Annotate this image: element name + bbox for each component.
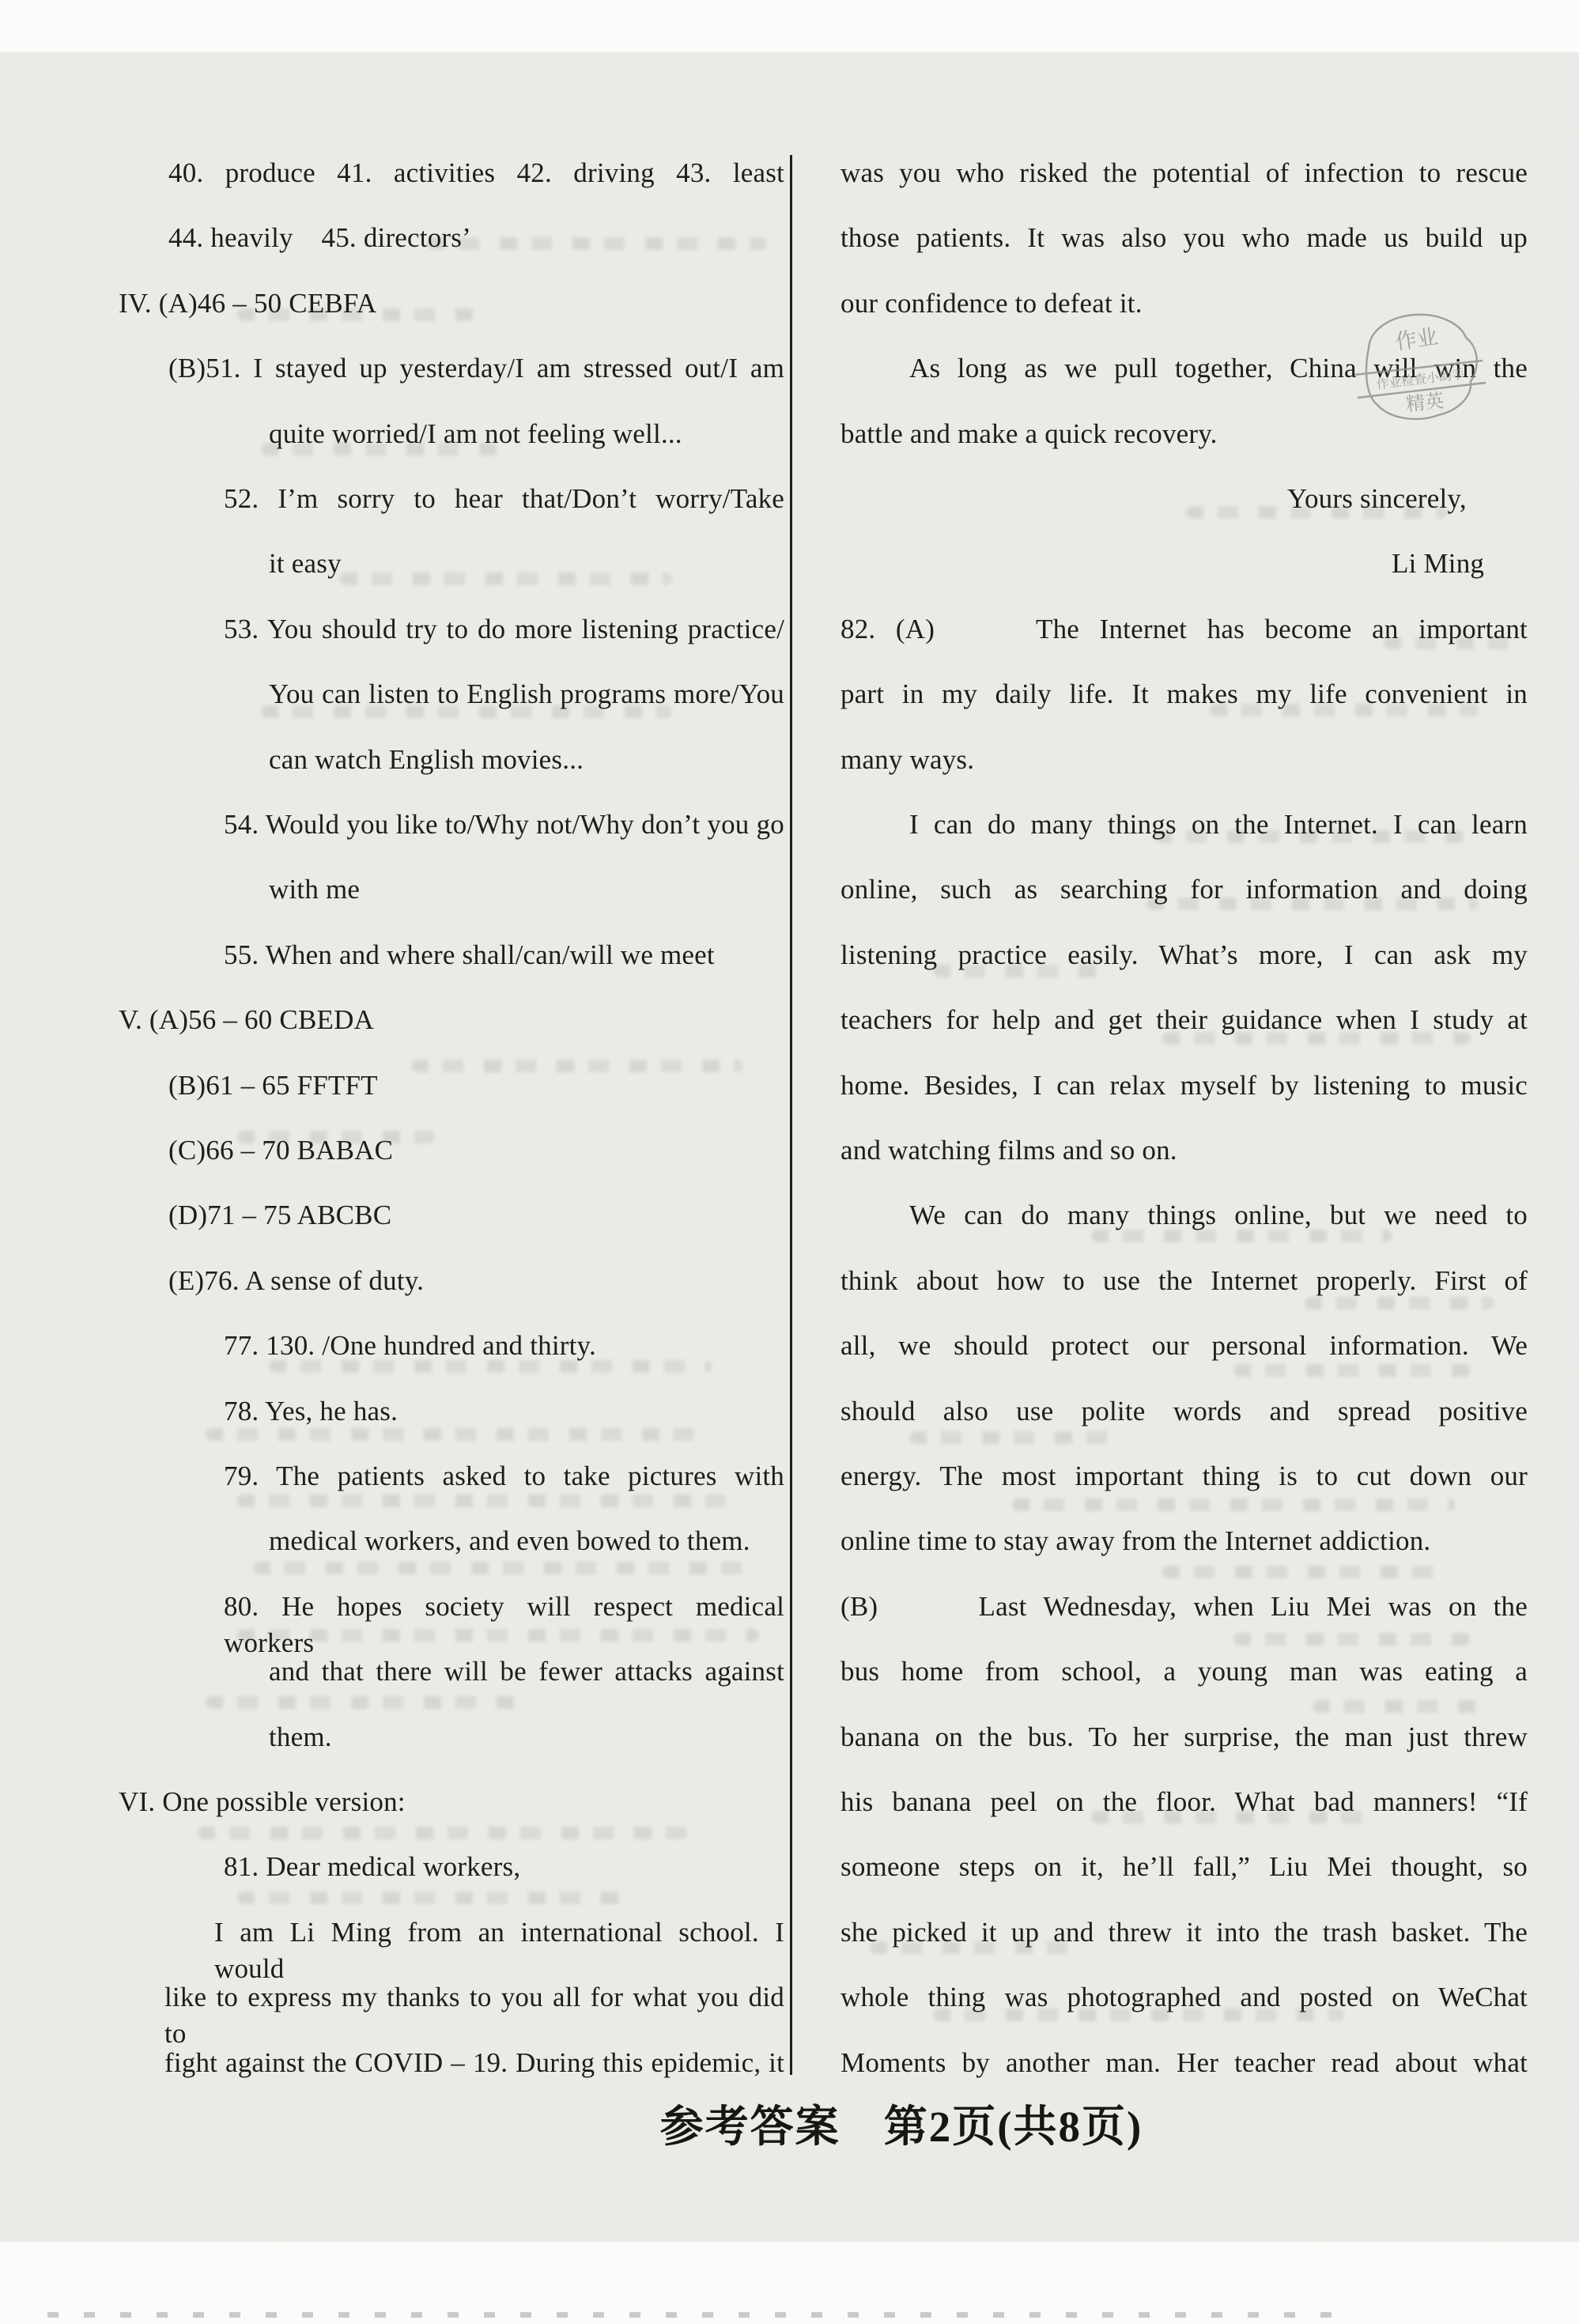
right-column-line: (B) Last Wednesday, when Liu Mei was on …: [840, 1589, 1528, 1628]
left-column-line: like to express my thanks to you all for…: [164, 1979, 784, 2019]
answer-sheet-page: 40. produce 41. activities 42. driving 4…: [0, 0, 1579, 2324]
left-column-line: (D)71 – 75 ABCBC: [168, 1197, 784, 1237]
left-column-line: 53. You should try to do more listening …: [224, 611, 784, 651]
left-column-line: VI. One possible version:: [119, 1784, 784, 1823]
bleed-through-smudge: [1233, 1633, 1471, 1646]
right-column-line: Li Ming: [1392, 546, 1528, 585]
left-column-line: 52. I’m sorry to hear that/Don’t worry/T…: [224, 481, 784, 520]
right-column-line: his banana peel on the floor. What bad m…: [840, 1784, 1528, 1823]
bleed-through-smudge: [198, 1827, 688, 1839]
scan-artifact-dashes: [47, 2312, 1344, 2318]
right-column-line: part in my daily life. It makes my life …: [840, 676, 1528, 716]
left-column-line: fight against the COVID – 19. During thi…: [164, 2045, 784, 2084]
bleed-through-smudge: [253, 1562, 759, 1574]
left-column-line: 81. Dear medical workers,: [224, 1849, 784, 1888]
right-column-line: Moments by another man. Her teacher read…: [840, 2045, 1528, 2084]
right-column-line: listening practice easily. What’s more, …: [840, 937, 1528, 977]
right-column-line: whole thing was photographed and posted …: [840, 1979, 1528, 2019]
right-column-line: 82. (A) The Internet has become an impor…: [840, 611, 1528, 651]
stamp-top-text: 作业: [1394, 324, 1440, 354]
bleed-through-smudge: [237, 1891, 633, 1904]
left-column-line: them.: [269, 1719, 784, 1759]
left-column-line: (B)61 – 65 FFTFT: [168, 1068, 784, 1107]
left-column-line: it easy: [269, 546, 784, 585]
page-footer: 参考答案第2页(共8页): [506, 2092, 1297, 2148]
left-column-line: You can listen to English programs more/…: [269, 676, 784, 716]
left-column-line: can watch English movies...: [269, 742, 784, 781]
right-column-line: bus home from school, a young man was ea…: [840, 1653, 1528, 1693]
homework-stamp: 作业 作业检查小助手 精英: [1347, 305, 1493, 428]
footer-page-number: 第2页(共8页): [884, 2103, 1143, 2151]
right-column-line: and watching films and so on.: [840, 1132, 1528, 1172]
left-column-line: (C)66 – 70 BABAC: [168, 1132, 784, 1172]
bleed-through-smudge: [1313, 1700, 1486, 1713]
left-column-line: V. (A)56 – 60 CBEDA: [119, 1002, 784, 1041]
bleed-through-smudge: [237, 1629, 759, 1642]
left-column-line: and that there will be fewer attacks aga…: [269, 1653, 784, 1693]
left-column-line: (E)76. A sense of duty.: [168, 1263, 784, 1302]
left-column-line: 78. Yes, he has.: [224, 1393, 784, 1433]
right-column-line: many ways.: [840, 742, 1528, 781]
right-column-line: those patients. It was also you who made…: [840, 220, 1528, 259]
left-column-line: with me: [269, 871, 784, 911]
right-column-line: was you who risked the potential of infe…: [840, 155, 1528, 195]
right-column-line: banana on the bus. To her surprise, the …: [840, 1719, 1528, 1759]
right-column-line: We can do many things online, but we nee…: [909, 1197, 1528, 1237]
right-column-line: online time to stay away from the Intern…: [840, 1523, 1528, 1563]
left-column-line: 40. produce 41. activities 42. driving 4…: [168, 155, 784, 195]
left-column-line: 44. heavily 45. directors’: [168, 220, 784, 259]
stamp-bottom-text: 精英: [1405, 390, 1445, 416]
left-column-line: medical workers, and even bowed to them.: [269, 1523, 784, 1563]
right-column-line: all, we should protect our personal info…: [840, 1328, 1528, 1367]
column-divider: [790, 155, 792, 2075]
bleed-through-smudge: [1162, 1566, 1447, 1578]
right-column-line: should also use polite words and spread …: [840, 1393, 1528, 1433]
left-column-line: 80. He hopes society will respect medica…: [224, 1589, 784, 1628]
footer-title: 参考答案: [660, 2103, 840, 2151]
left-column-line: quite worried/I am not feeling well...: [269, 416, 784, 455]
right-column-line: teachers for help and get their guidance…: [840, 1002, 1528, 1041]
bleed-through-smudge: [206, 1696, 522, 1709]
right-column-line: Yours sincerely,: [1287, 481, 1528, 520]
left-column-line: 54. Would you like to/Why not/Why don’t …: [224, 807, 784, 846]
right-column-line: home. Besides, I can relax myself by lis…: [840, 1068, 1528, 1107]
right-column-line: online, such as searching for informatio…: [840, 871, 1528, 911]
right-column-line: I can do many things on the Internet. I …: [909, 807, 1528, 846]
right-column-line: she picked it up and threw it into the t…: [840, 1914, 1528, 1954]
bleed-through-smudge: [909, 1431, 1115, 1444]
left-column-line: (B)51. I stayed up yesterday/I am stress…: [168, 350, 784, 390]
left-column-line: 77. 130. /One hundred and thirty.: [224, 1328, 784, 1367]
bleed-through-smudge: [1012, 1498, 1455, 1511]
left-column-line: 79. The patients asked to take pictures …: [224, 1458, 784, 1498]
right-column-line: someone steps on it, he’ll fall,” Liu Me…: [840, 1849, 1528, 1888]
left-column-line: 55. When and where shall/can/will we mee…: [224, 937, 784, 977]
right-column-line: think about how to use the Internet prop…: [840, 1263, 1528, 1302]
right-column-line: energy. The most important thing is to c…: [840, 1458, 1528, 1498]
left-column-line: IV. (A)46 – 50 CEBFA: [119, 285, 784, 325]
left-column-line: I am Li Ming from an international schoo…: [214, 1914, 784, 1954]
